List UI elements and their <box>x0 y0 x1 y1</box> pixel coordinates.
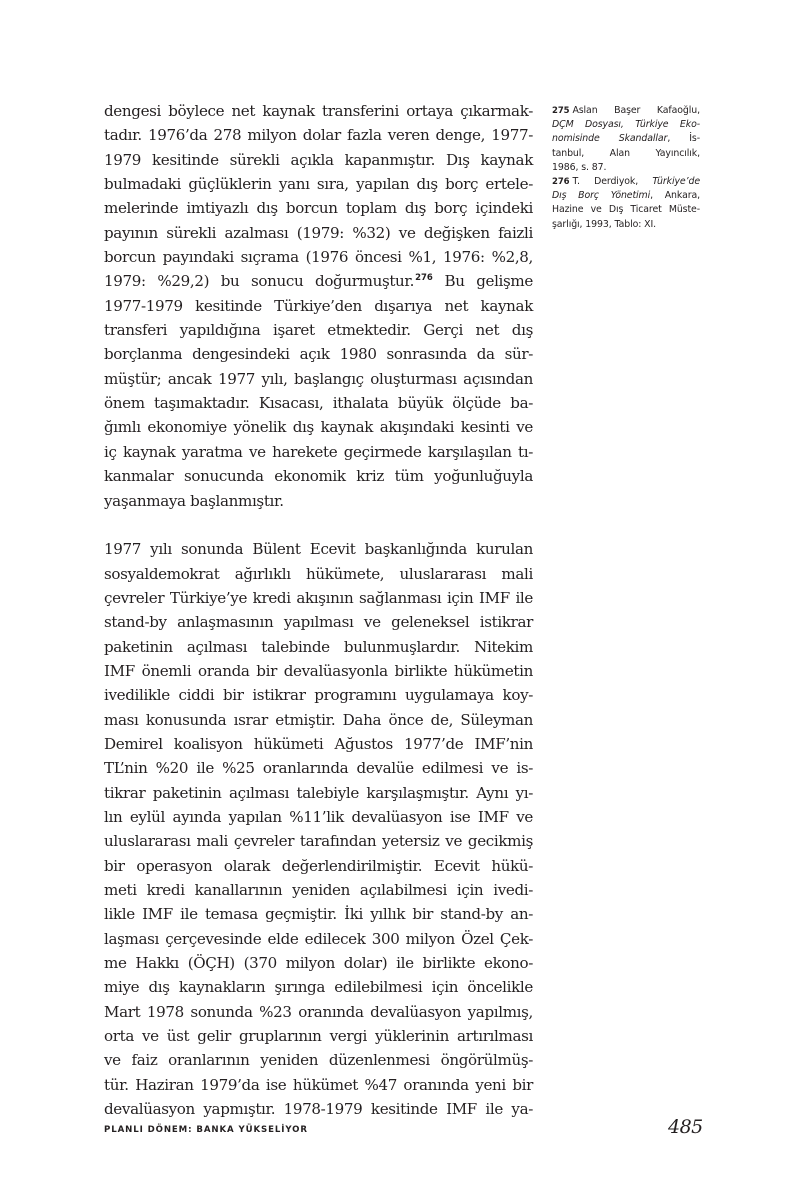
sidenotes-column: 275Aslan Başer Kafaoğlu, DÇM Dosyası, Tü… <box>552 104 700 232</box>
sidenote-line: 275Aslan Başer Kafaoğlu, <box>552 104 700 118</box>
text-line: müştür; ancak 1977 yılı, başlangıç oluşt… <box>104 367 533 391</box>
text-line: bulmadaki güçlüklerin yanı sıra, yapılan… <box>104 172 533 196</box>
sidenote-line: 276T. Derdiyok, Türkiye’de <box>552 175 700 189</box>
text-line: transferi yapıldığına işaret etmektedir.… <box>104 318 533 342</box>
text-line: meti kredi kanallarının yeniden açılabil… <box>104 878 533 902</box>
sidenote-title-text: Dış Borç Yönetimi <box>552 190 650 201</box>
line-tail-text: Bu gelişme <box>444 272 533 290</box>
text-line: iç kaynak yaratma ve harekete geçirmede … <box>104 440 533 464</box>
text-line: sosyaldemokrat ağırlıklı hükümete, ulusl… <box>104 562 533 586</box>
text-line: laşması çerçevesinde elde edilecek 300 m… <box>104 927 533 951</box>
page-number: 485 <box>668 1116 703 1138</box>
sidenote-text: , İs- <box>667 133 700 144</box>
text-line: yaşanmaya başlanmıştır. <box>104 489 533 513</box>
text-line: ğımlı ekonomiye yönelik dış kaynak akışı… <box>104 415 533 439</box>
text-line: ve faiz oranlarının yeniden düzenlenmesi… <box>104 1048 533 1072</box>
text-line: kanmalar sonucunda ekonomik kriz tüm yoğ… <box>104 464 533 488</box>
text-line: me Hakkı (ÖÇH) (370 milyon dolar) ile bi… <box>104 951 533 975</box>
text-line: stand-by anlaşmasının yapılması ve gelen… <box>104 610 533 634</box>
sidenote-title-text: nomisinde Skandallar <box>552 133 667 144</box>
text-line: likle IMF ile temasa geçmiştir. İki yıll… <box>104 902 533 926</box>
text-line-with-footnote: 1979: %29,2) bu sonucu doğurmuştur.276 B… <box>104 269 533 293</box>
text-line: lın eylül ayında yapılan %11’lik devalüa… <box>104 805 533 829</box>
text-line: paketinin açılması talebinde bulunmuşlar… <box>104 635 533 659</box>
text-line: 1977 yılı sonunda Bülent Ecevit başkanlı… <box>104 537 533 561</box>
text-line: 1979 kesitinde sürekli açıkla kapanmıştı… <box>104 148 533 172</box>
sidenote-title-text: Türkiye’de <box>652 176 700 187</box>
text-line: TL’nin %20 ile %25 oranlarında devalüe e… <box>104 756 533 780</box>
text-line: dengesi böylece net kaynak transferini o… <box>104 99 533 123</box>
text-line: uluslararası mali çevreler tarafından ye… <box>104 829 533 853</box>
sidenote-line: nomisinde Skandallar, İs- <box>552 132 700 146</box>
text-line: payının sürekli azalması (1979: %32) ve … <box>104 221 533 245</box>
sidenote-number: 275 <box>552 106 569 116</box>
text-line: ması konusunda ısrar etmiştir. Daha önce… <box>104 708 533 732</box>
sidenote-text: Aslan Başer Kafaoğlu, <box>572 105 700 116</box>
sidenote-line: Dış Borç Yönetimi, Ankara, <box>552 189 700 203</box>
sidenote-275: 275Aslan Başer Kafaoğlu, DÇM Dosyası, Tü… <box>552 104 700 175</box>
text-line: bir operasyon olarak değerlendirilmiştir… <box>104 854 533 878</box>
text-line: devalüasyon yapmıştır. 1978-1979 kesitin… <box>104 1097 533 1121</box>
sidenote-text: , Ankara, <box>650 190 700 201</box>
text-line: tür. Haziran 1979’da ise hükümet %47 ora… <box>104 1073 533 1097</box>
text-line: tadır. 1976’da 278 milyon dolar fazla ve… <box>104 123 533 147</box>
book-page: dengesi böylece net kaynak transferini o… <box>0 0 799 1200</box>
sidenote-line: tanbul, Alan Yayıncılık, <box>552 147 700 161</box>
sidenote-line: DÇM Dosyası, Türkiye Eko- <box>552 118 700 132</box>
footnote-reference-276[interactable]: 276 <box>415 273 433 283</box>
text-line: miye dış kaynakların şırınga edilebilmes… <box>104 975 533 999</box>
text-line: borçlanma dengesindeki açık 1980 sonrası… <box>104 342 533 366</box>
text-line: çevreler Türkiye’ye kredi akışının sağla… <box>104 586 533 610</box>
sidenote-line: 1986, s. 87. <box>552 161 700 175</box>
sidenote-line: şarlığı, 1993, Tablo: XI. <box>552 218 700 232</box>
text-line: melerinde imtiyazlı dış borcun toplam dı… <box>104 196 533 220</box>
text-line: Mart 1978 sonunda %23 oranında devalüasy… <box>104 1000 533 1024</box>
text-line: orta ve üst gelir gruplarının vergi yükl… <box>104 1024 533 1048</box>
sidenote-number: 276 <box>552 177 569 187</box>
text-line: önem taşımaktadır. Kısacası, ithalata bü… <box>104 391 533 415</box>
main-text-column: dengesi böylece net kaynak transferini o… <box>104 99 533 1121</box>
sidenote-276: 276T. Derdiyok, Türkiye’de Dış Borç Yöne… <box>552 175 700 232</box>
sidenote-text: T. Derdiyok, <box>572 176 652 187</box>
paragraph-2: 1977 yılı sonunda Bülent Ecevit başkanlı… <box>104 537 533 1121</box>
paragraph-1: dengesi böylece net kaynak transferini o… <box>104 99 533 513</box>
text-line: tikrar paketinin açılması talebiyle karş… <box>104 781 533 805</box>
text-line: ivedilikle ciddi bir istikrar programını… <box>104 683 533 707</box>
sidenote-line: Hazine ve Dış Ticaret Müste- <box>552 203 700 217</box>
text-line: borcun payındaki sıçrama (1976 öncesi %1… <box>104 245 533 269</box>
text-line: 1977-1979 kesitinde Türkiye’den dışarıya… <box>104 294 533 318</box>
text-line: Demirel koalisyon hükümeti Ağustos 1977’… <box>104 732 533 756</box>
line-text: 1979: %29,2) bu sonucu doğurmuştur. <box>104 272 414 290</box>
running-footer-title: PLANLI DÖNEM: BANKA YÜKSELİYOR <box>104 1125 308 1135</box>
text-line: IMF önemli oranda bir devalüasyonla birl… <box>104 659 533 683</box>
